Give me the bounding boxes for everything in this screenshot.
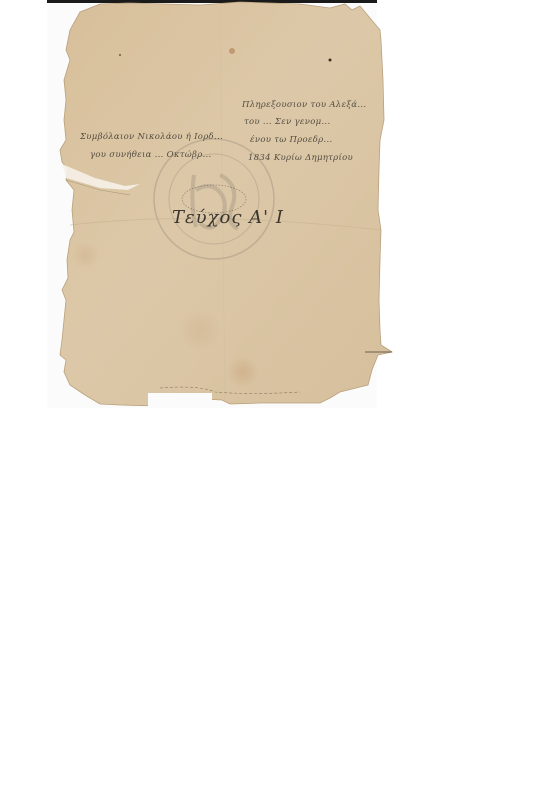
right-note-line-4: 1834 Κυρίω Δημητρίου	[248, 153, 353, 163]
right-note-line-2: του ... Σεν γενομ...	[244, 117, 331, 127]
right-note-line-1: Πληρεξουσιον του Αλεξά...	[242, 100, 366, 110]
left-note-line-2: γου συνήθεια ... Οκτώβρ...	[90, 150, 212, 160]
right-note-line-3: ένου τω Προεδρ...	[250, 135, 332, 145]
document-title: Τεύχος Α' Ι	[172, 207, 284, 228]
left-note-line-1: Συμβόλαιον Νικολάου ή Ιορδ...	[80, 132, 223, 142]
